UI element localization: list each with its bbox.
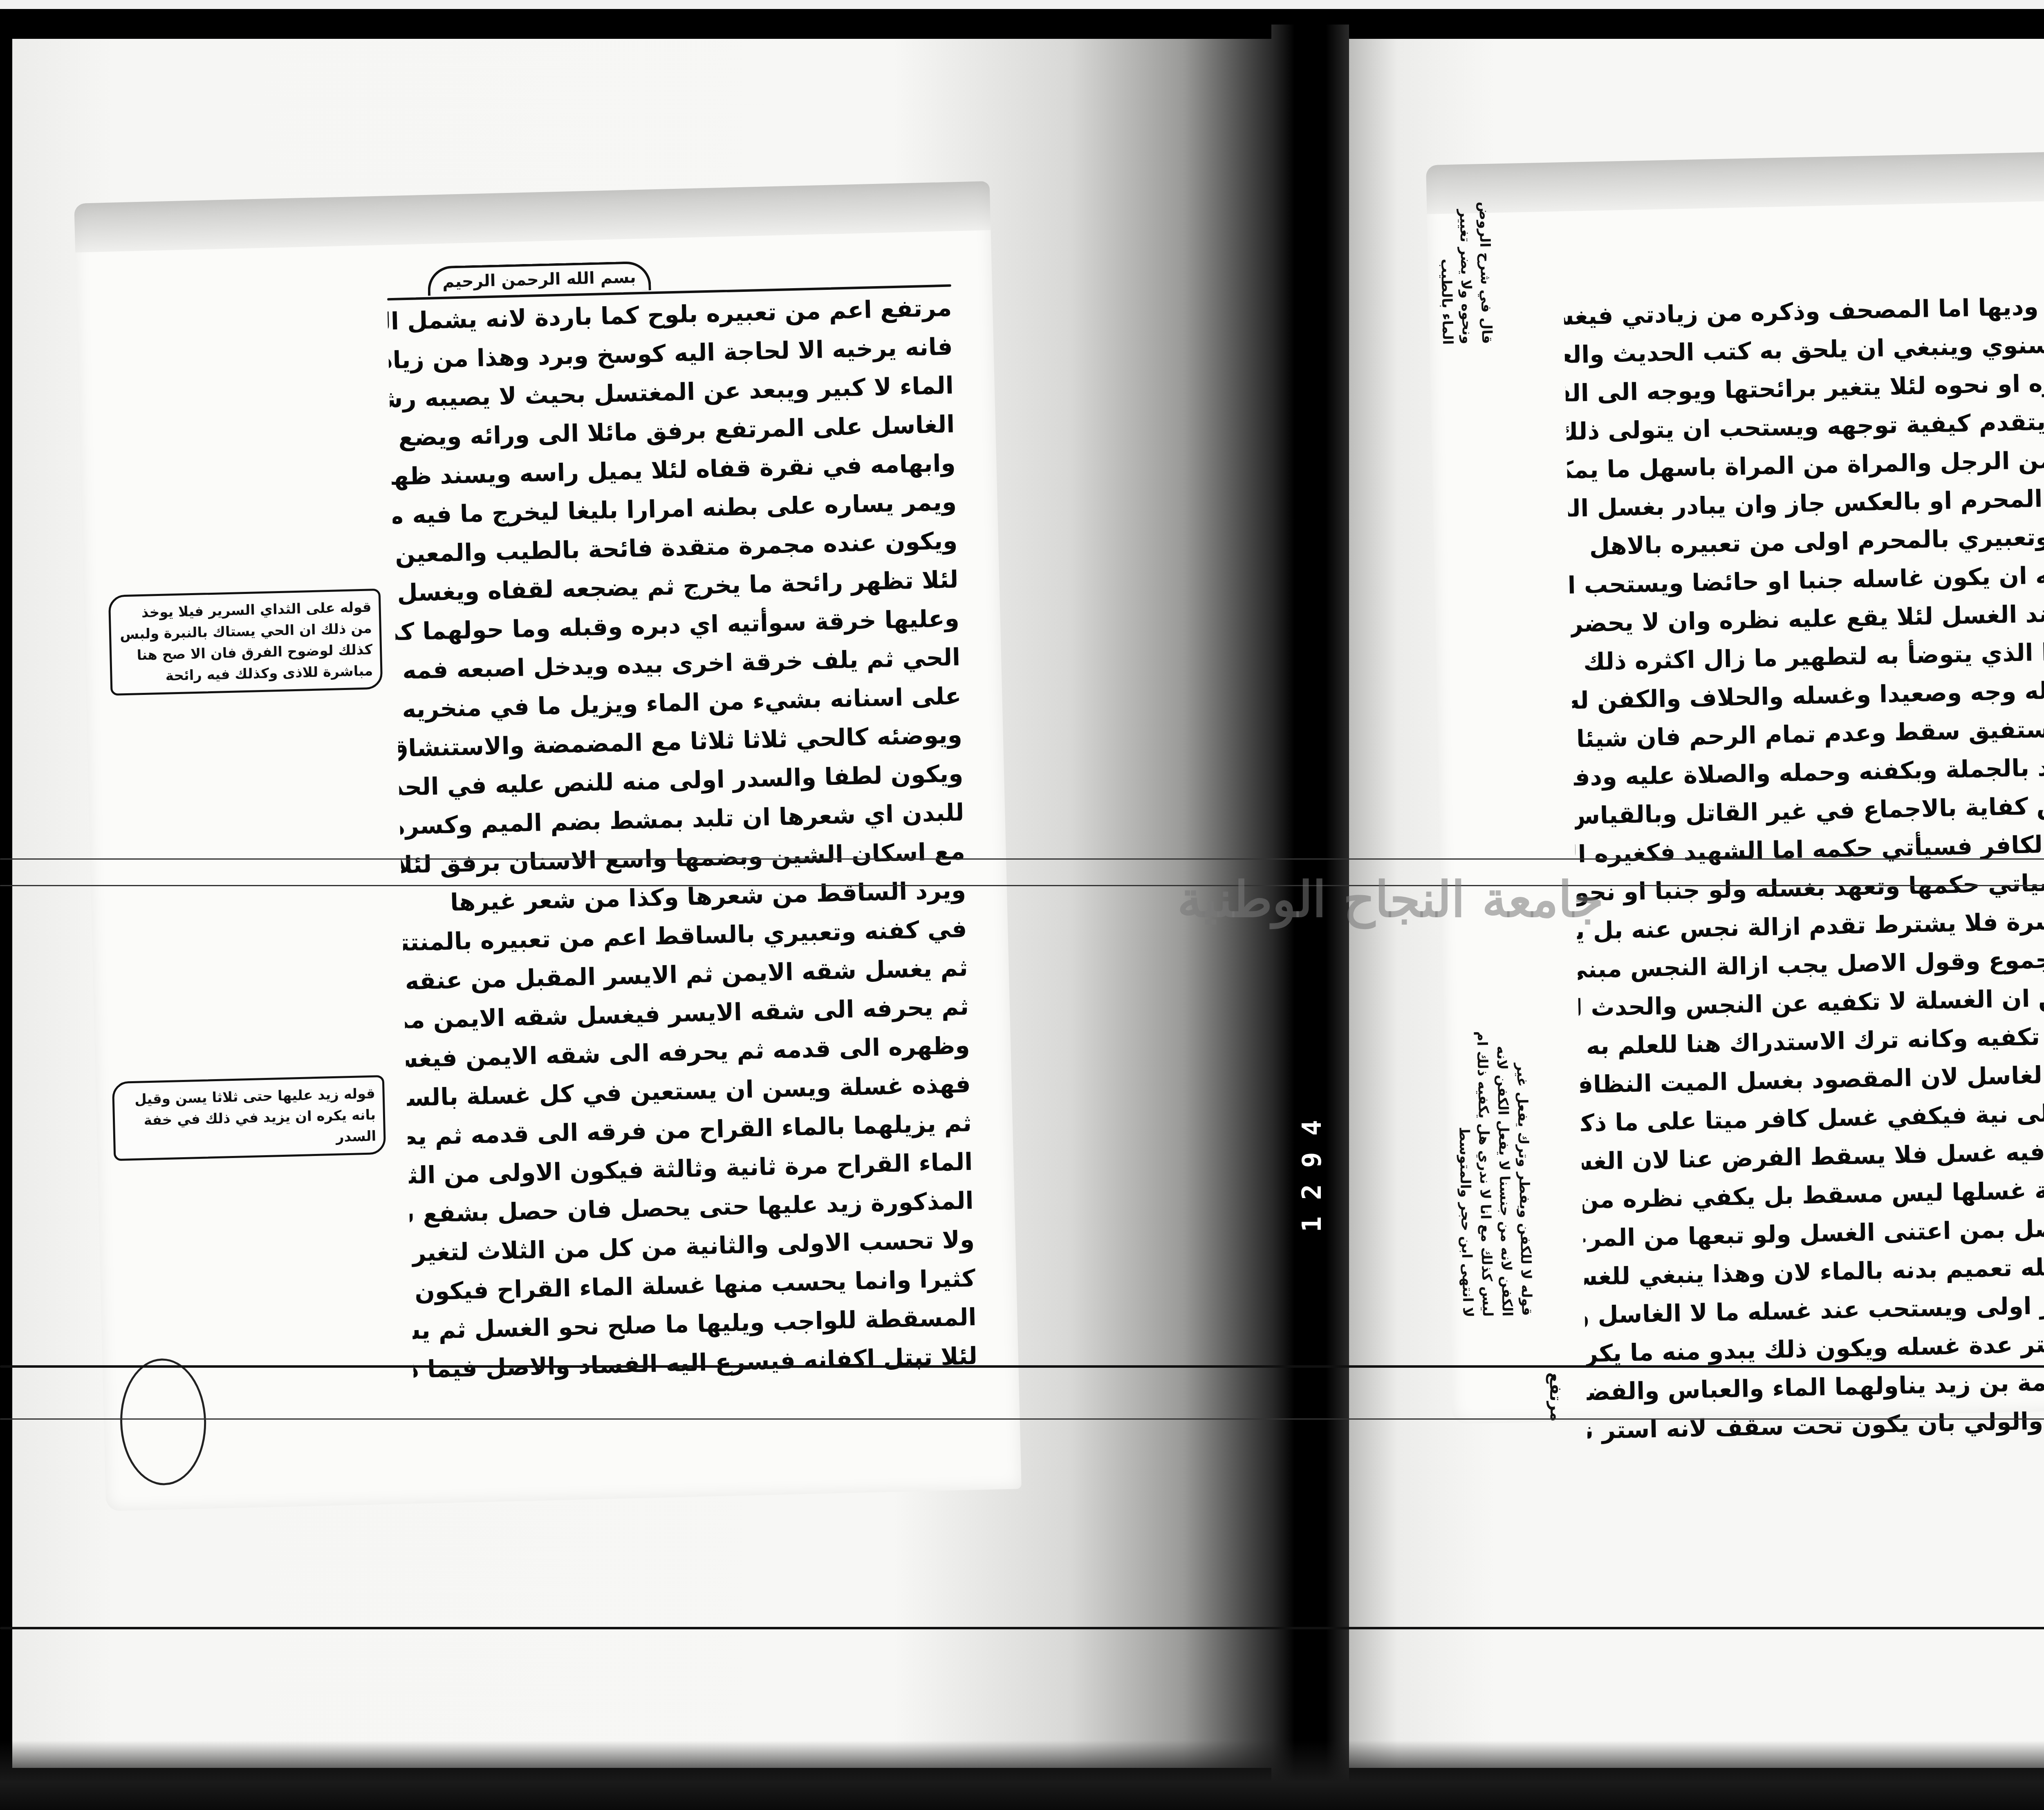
university-watermark: جامعة النجاح الوطنية: [1177, 871, 1604, 928]
left-margin-note-1: قوله على الثداي السرير فيلا يوخذ من ذلك …: [108, 589, 383, 696]
film-scratch-line: [0, 885, 2044, 886]
right-manuscript-leaf: قال في شرح الروض ونحوه ولا يضر تغيير الم…: [1426, 146, 2044, 1424]
right-top-vertical-notes: قال في شرح الروض ونحوه ولا يضر تغيير الم…: [1434, 188, 1497, 345]
right-main-text: عشر ثيابه وديها اما المصحف وذكره من زياد…: [1564, 284, 2044, 1449]
left-heading-box: بسم الله الرحمن الرحيم: [427, 261, 651, 296]
film-scratch-line: [0, 1627, 2044, 1629]
left-manuscript-leaf: بسم الله الرحمن الرحيم مرتفع اعم من تعبي…: [74, 181, 1022, 1511]
film-scratch-line: [0, 858, 2044, 860]
film-scratch-line: [0, 1365, 2044, 1368]
right-footer-catchword: مرتفع: [1545, 1348, 1566, 1422]
left-oval-stamp: [119, 1357, 208, 1486]
left-margin-note-2: قوله زيد عليها حتى ثلاثا يسن وقيل بانه ي…: [112, 1075, 386, 1161]
film-top-edge: [0, 0, 2044, 9]
left-main-text: مرتفع اعم من تعبيره بلوح كما باردة لانه …: [387, 288, 978, 1389]
film-frame-number: 1294: [1292, 1104, 1325, 1232]
film-scratch-line: [0, 1418, 2044, 1420]
film-bottom-edge: [0, 1741, 2044, 1810]
right-left-margin-notes: قوله لا للكفن ويفطر وترك يفعل غير الكفن …: [1452, 1030, 1537, 1317]
